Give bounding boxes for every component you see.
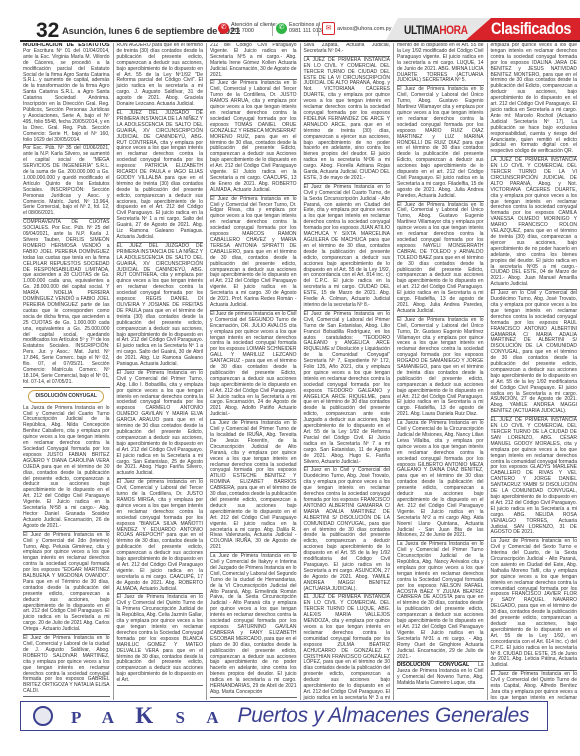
notice-text: El Juez de Primera Instancia en lo Civil… [210,80,297,192]
paksa-brand: P A K S A [71,703,228,729]
notice-text: El Juez en lo Civil y Comercial del Duod… [491,290,578,414]
classified-notice: EL JUEZ DEL JUZGADO DE PRIMERA INSTANCIA… [117,111,204,243]
notice-text: La Jueza de Primera Instancia en lo Civi… [23,405,110,529]
page-number: 32 [36,22,59,40]
notice-text: 212 del Código Civil Paraguayo Vigente. … [210,43,297,78]
classified-notice: miento de lo dispuesto en el Art. 55 de … [397,43,484,86]
classified-notice: Por Esc. Púb. Nº 35 del 01/06/2021, ante… [23,146,110,219]
whatsapp-contact: ✆ Escribinos al0981 111 013 [276,22,322,34]
paksa-footer-ad[interactable]: P A K S A Puertos y Almacenes Generales [20,701,548,731]
notice-text: La Juez de Primera Instancia en lo Civil… [210,420,297,550]
classified-notice: El Juez de Primera Instancia en lo Civil… [23,533,110,635]
classified-notice: RON AGÜERO para que en el término de tre… [117,43,204,110]
whatsapp-icon: ✆ [276,23,287,34]
classified-notice: La Juez de Primera Instancia en lo Civil… [210,421,297,553]
notice-text: COMPRAVENTA DE CUOTAS SOCIALES. Por Esc.… [23,219,110,384]
notice-text: RON AGÜERO para que en el término de tre… [117,43,204,107]
phone-icon: ✆ [218,23,229,34]
notice-text: El Juez de Primera Instancia en lo Civil… [397,317,484,418]
notice-text: El Juez de Primera Instancia en lo Civil… [491,671,578,700]
notice-text: El Juez de Primera Instancia en lo Civil… [117,370,204,476]
classified-notice: El Juez de Primera Instancia en lo Civil… [397,318,484,420]
classified-notice: Silva Zapata, Actuaria Judicial, Secreta… [304,43,391,57]
paksa-logo-icon [33,706,53,726]
classified-notice: DISOLUCION CONYUGAL La Jueza de Primera … [397,663,484,689]
classified-notice: El Juez de Primera Instancia en lo Civil… [210,197,297,311]
header-divider [20,40,580,42]
notice-text: El Juez de Primera Instancia en lo Civil… [23,635,110,694]
notice-text: Por Escritura Nº 01 del 01/04/2014, ante… [23,48,110,143]
notice-text: El Juez de Primera Instancia en lo Civil… [117,594,204,683]
notice-text: EL JUEZ DE PRIMERA INSTANCIA EN LO CIVIL… [304,594,391,700]
notice-text: El Juez de primera Instancia en lo Civil… [210,311,297,417]
classified-notice: emplaza por quince veces a los que tenga… [491,43,578,157]
dateline: Asunción, lunes 6 de septiembre de 2021 [62,26,240,37]
notice-text: EL JUEZ DE PRIMERA INSTANCIA EN LO CIVIL… [491,417,578,535]
mail-icon: ✉ [322,22,335,35]
classified-notice: EL JUEZ DE PRIMERA INSTANCIA EN LO CIVIL… [304,595,391,700]
notice-text: miento de lo dispuesto en el Art. 55 de … [397,43,484,83]
classified-notice: La Juez de Primera Instancia en lo Civil… [491,539,578,671]
ultimahora-logo: ULTIMAHORA [404,23,468,37]
classified-notice: LA JUEZ DE PRIMERA INSTANCIA EN LO CIVIL… [491,158,578,290]
classified-notice: El Juez de Primera Instancia en lo Civil… [23,636,110,697]
classified-notice: MODIFICACIÓN DE ESTATUTOS Por Escritura … [23,43,110,145]
classified-notice: El Juez de primera Instancia en lo Civil… [210,312,297,420]
notice-text: LA JUEZ DE PRIMERA INSTANCIA EN LO CIVIL… [304,57,391,181]
classifieds-columns: MODIFICACIÓN DE ESTATUTOS Por Escritura … [20,43,580,700]
section-brand-bar: ULTIMAHORA Clasificados [386,18,580,40]
classified-notice: El Juez de Primera Instancia en lo Civil… [210,81,297,195]
classified-notice: La Jueza de Primera Instancia en lo Civi… [397,542,484,662]
classified-notice: La Juez de Primera Instancia en lo Civil… [210,554,297,698]
classified-notice: El Juez de Primera Instancia en lo Civil… [304,312,391,468]
notice-text: El Juez de Primera Instancia en lo Civil… [304,184,391,308]
classified-notice: El Juez de Primera Instancia en lo Civil… [117,371,204,479]
notice-text: El Juez de Primera Instancia en lo Civil… [23,532,110,633]
notice-text: El Juez de Primera Instancia en lo Civil… [397,202,484,314]
section-badge: DISOLUCIÓN CONYUGAL [28,390,104,403]
classified-notice: COMPRAVENTA DE CUOTAS SOCIALES. Por Esc.… [23,220,110,387]
notice-text: La Juez de Primera Instancia en lo Civil… [491,538,578,668]
classified-column-3: 212 del Código Civil Paraguayo Vigente. … [207,43,301,700]
classified-notice: EL JUEZ DEL JUZGADO DE PRIMERA INSTANCIA… [117,244,204,370]
notice-text: Por Esc. Púb. Nº 35 del 01/06/2021, ante… [23,145,110,216]
section-title: Clasificados [491,19,571,39]
page-header: 32 Asunción, lunes 6 de septiembre de 20… [0,0,580,38]
classified-column-4: Silva Zapata, Actuaria Judicial, Secreta… [301,43,395,700]
classified-notice: El Juez de Primera Instancia en lo Civil… [304,185,391,311]
email-contact: ✉ avisos@uhora.com.py [322,22,392,35]
classified-notice: El Juez de Primera Instancia en lo Civil… [397,87,484,201]
notice-text: Silva Zapata, Actuaria Judicial, Secreta… [304,43,391,54]
notice-text: El Juez de primera instancia en lo Civil… [117,479,204,591]
notice-text: El Juez de Primera Instancia en lo Civil… [304,311,391,465]
classified-notice: La Jueza de Primera Instancia en lo Civi… [23,406,110,532]
notice-text: LA JUEZ DE PRIMERA INSTANCIA EN LO CIVIL… [491,157,578,287]
classified-notice: EL JUEZ DE PRIMERA INSTANCIA EN LO CIVIL… [491,418,578,538]
notice-text: EL JUEZ DEL JUZGADO DE PRIMERA INSTANCIA… [117,243,204,367]
customer-service-contact: ✆ Atención al cliente:415 7000 [218,22,277,34]
classified-notice: La Jueza de Primera Instancia en lo Civi… [397,421,484,541]
classified-notice: El Juez de Primera Instancia en lo Civil… [117,595,204,686]
classified-notice: LA JUEZ DE PRIMERA INSTANCIA EN LO CIVIL… [304,58,391,184]
classified-column-1: MODIFICACIÓN DE ESTATUTOS Por Escritura … [20,43,114,700]
notice-text: La Juez de Primera Instancia en lo Civil… [210,553,297,695]
notice-text: El Juez de Primera Instancia en lo Civil… [397,86,484,198]
classified-notice: 212 del Código Civil Paraguayo Vigente. … [210,43,297,80]
classified-column-6: emplaza por quince veces a los que tenga… [488,43,580,700]
notice-text: EL JUEZ DEL JUZGADO DE PRIMERA INSTANCIA… [117,110,204,240]
classified-notice: El Juez de Primera Instancia en lo Civil… [491,672,578,700]
classified-column-5: miento de lo dispuesto en el Art. 55 de … [394,43,488,700]
email-link[interactable]: avisos@uhora.com.py [337,26,392,32]
notice-text: emplaza por quince veces a los que tenga… [491,43,578,154]
classified-notice: El Juez de primera instancia en lo Civil… [117,480,204,594]
notice-text: La Jueza de Primera Instancia en lo Civi… [397,541,484,659]
classified-column-2: RON AGÜERO para que en el término de tre… [114,43,208,700]
notice-text: La Jueza de Primera Instancia en lo Civi… [397,420,484,538]
notice-text: El Juez de Primera Instancia en lo Civil… [210,196,297,308]
notice-text: El Juez en lo Civil y Comercial del Duod… [304,467,391,591]
paksa-tagline: Puertos y Almacenes Generales [238,704,530,728]
classified-notice: El Juez en lo Civil y Comercial del Duod… [491,291,578,417]
classified-notice: El Juez de Primera Instancia en lo Civil… [397,203,484,317]
classified-notice: El Juez en lo Civil y Comercial del Duod… [304,468,391,594]
